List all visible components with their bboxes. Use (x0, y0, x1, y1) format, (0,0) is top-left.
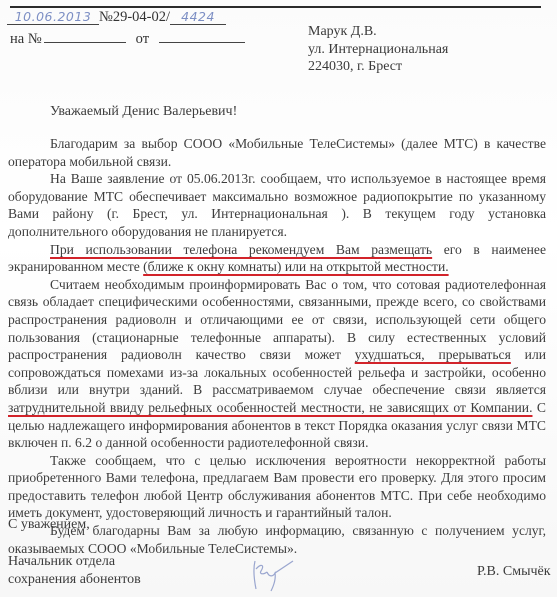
reply-reference-line: на №от (10, 30, 245, 48)
signer-title-line-1: Начальник отдела (8, 553, 141, 571)
reply-to-label: на № (10, 31, 42, 47)
underlined-terrain-reason: затруднительной ввиду рельефных особенно… (8, 400, 532, 415)
closing-phrase: С уважением, (8, 517, 90, 533)
recipient-street: ул. Интернациональная (308, 41, 448, 59)
reference-number-prefix: №29-04-02/ (99, 9, 170, 25)
handwritten-signature-icon (247, 555, 297, 595)
underlined-recommendation: При использовании телефона рекомендуем В… (50, 242, 432, 257)
handwritten-date: 10.06.2013 (7, 9, 99, 25)
letter-body: Благодарим за выбор СООО «Мобильные Теле… (8, 135, 546, 557)
greeting: Уважаемый Денис Валерьевич! (50, 104, 237, 120)
paragraph-thanks: Благодарим за выбор СООО «Мобильные Теле… (8, 135, 546, 170)
top-rule-divider (10, 6, 541, 8)
from-date-blank (159, 30, 245, 43)
underlined-location-hint: (ближе к окну комнаты) или на открытой м… (143, 259, 448, 274)
paragraph-radio-specifics: Считаем необходимым проинформировать Вас… (8, 276, 546, 452)
signer-title: Начальник отдела сохранения абонентов (8, 553, 141, 589)
underlined-degradation: ухудшаться, прерываться (355, 347, 511, 362)
from-label: от (136, 31, 149, 47)
recipient-address-block: Марук Д.В. ул. Интернациональная 224030,… (308, 23, 448, 76)
signer-title-line-2: сохранения абонентов (8, 571, 141, 589)
paragraph-recommendation: При использовании телефона рекомендуем В… (8, 241, 546, 276)
paragraph-coverage: На Ваше заявление от 05.06.2013г. сообща… (8, 170, 546, 240)
outgoing-reference-line: 10.06.2013№29-04-02/4424 (7, 9, 226, 26)
paragraph-phone-check: Также сообщаем, что с целью исключения в… (8, 452, 546, 522)
letter-page: 10.06.2013№29-04-02/4424 на №от Марук Д.… (0, 0, 557, 597)
reply-to-number-blank (44, 30, 126, 43)
signer-name: Р.В. Смычёк (477, 564, 551, 580)
handwritten-reference-number: 4424 (170, 9, 226, 25)
recipient-name: Марук Д.В. (308, 23, 448, 41)
recipient-city: 224030, г. Брест (308, 58, 448, 76)
